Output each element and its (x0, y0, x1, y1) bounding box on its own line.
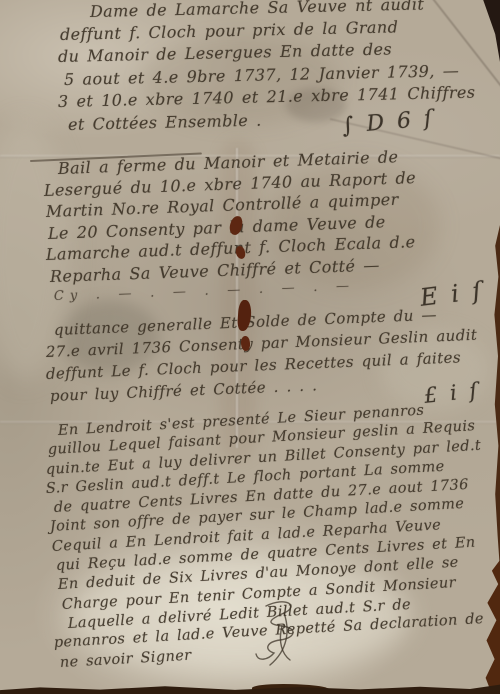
manuscript-paper: Dame de Lamarche Sa Veuve nt audit deffu… (0, 0, 500, 694)
paragraph-quittance: quittance generalle Et Solde de Compte d… (46, 321, 478, 409)
paraph-flourish-icon (238, 598, 318, 670)
paragraph-bail-a-ferme: Bail a ferme du Manoir et Metairie de Le… (40, 159, 416, 310)
manuscript-photo: { "manuscript": { "description": "aged h… (0, 0, 500, 694)
handwritten-text: Dame de Lamarche Sa Veuve nt audit deffu… (0, 0, 500, 694)
